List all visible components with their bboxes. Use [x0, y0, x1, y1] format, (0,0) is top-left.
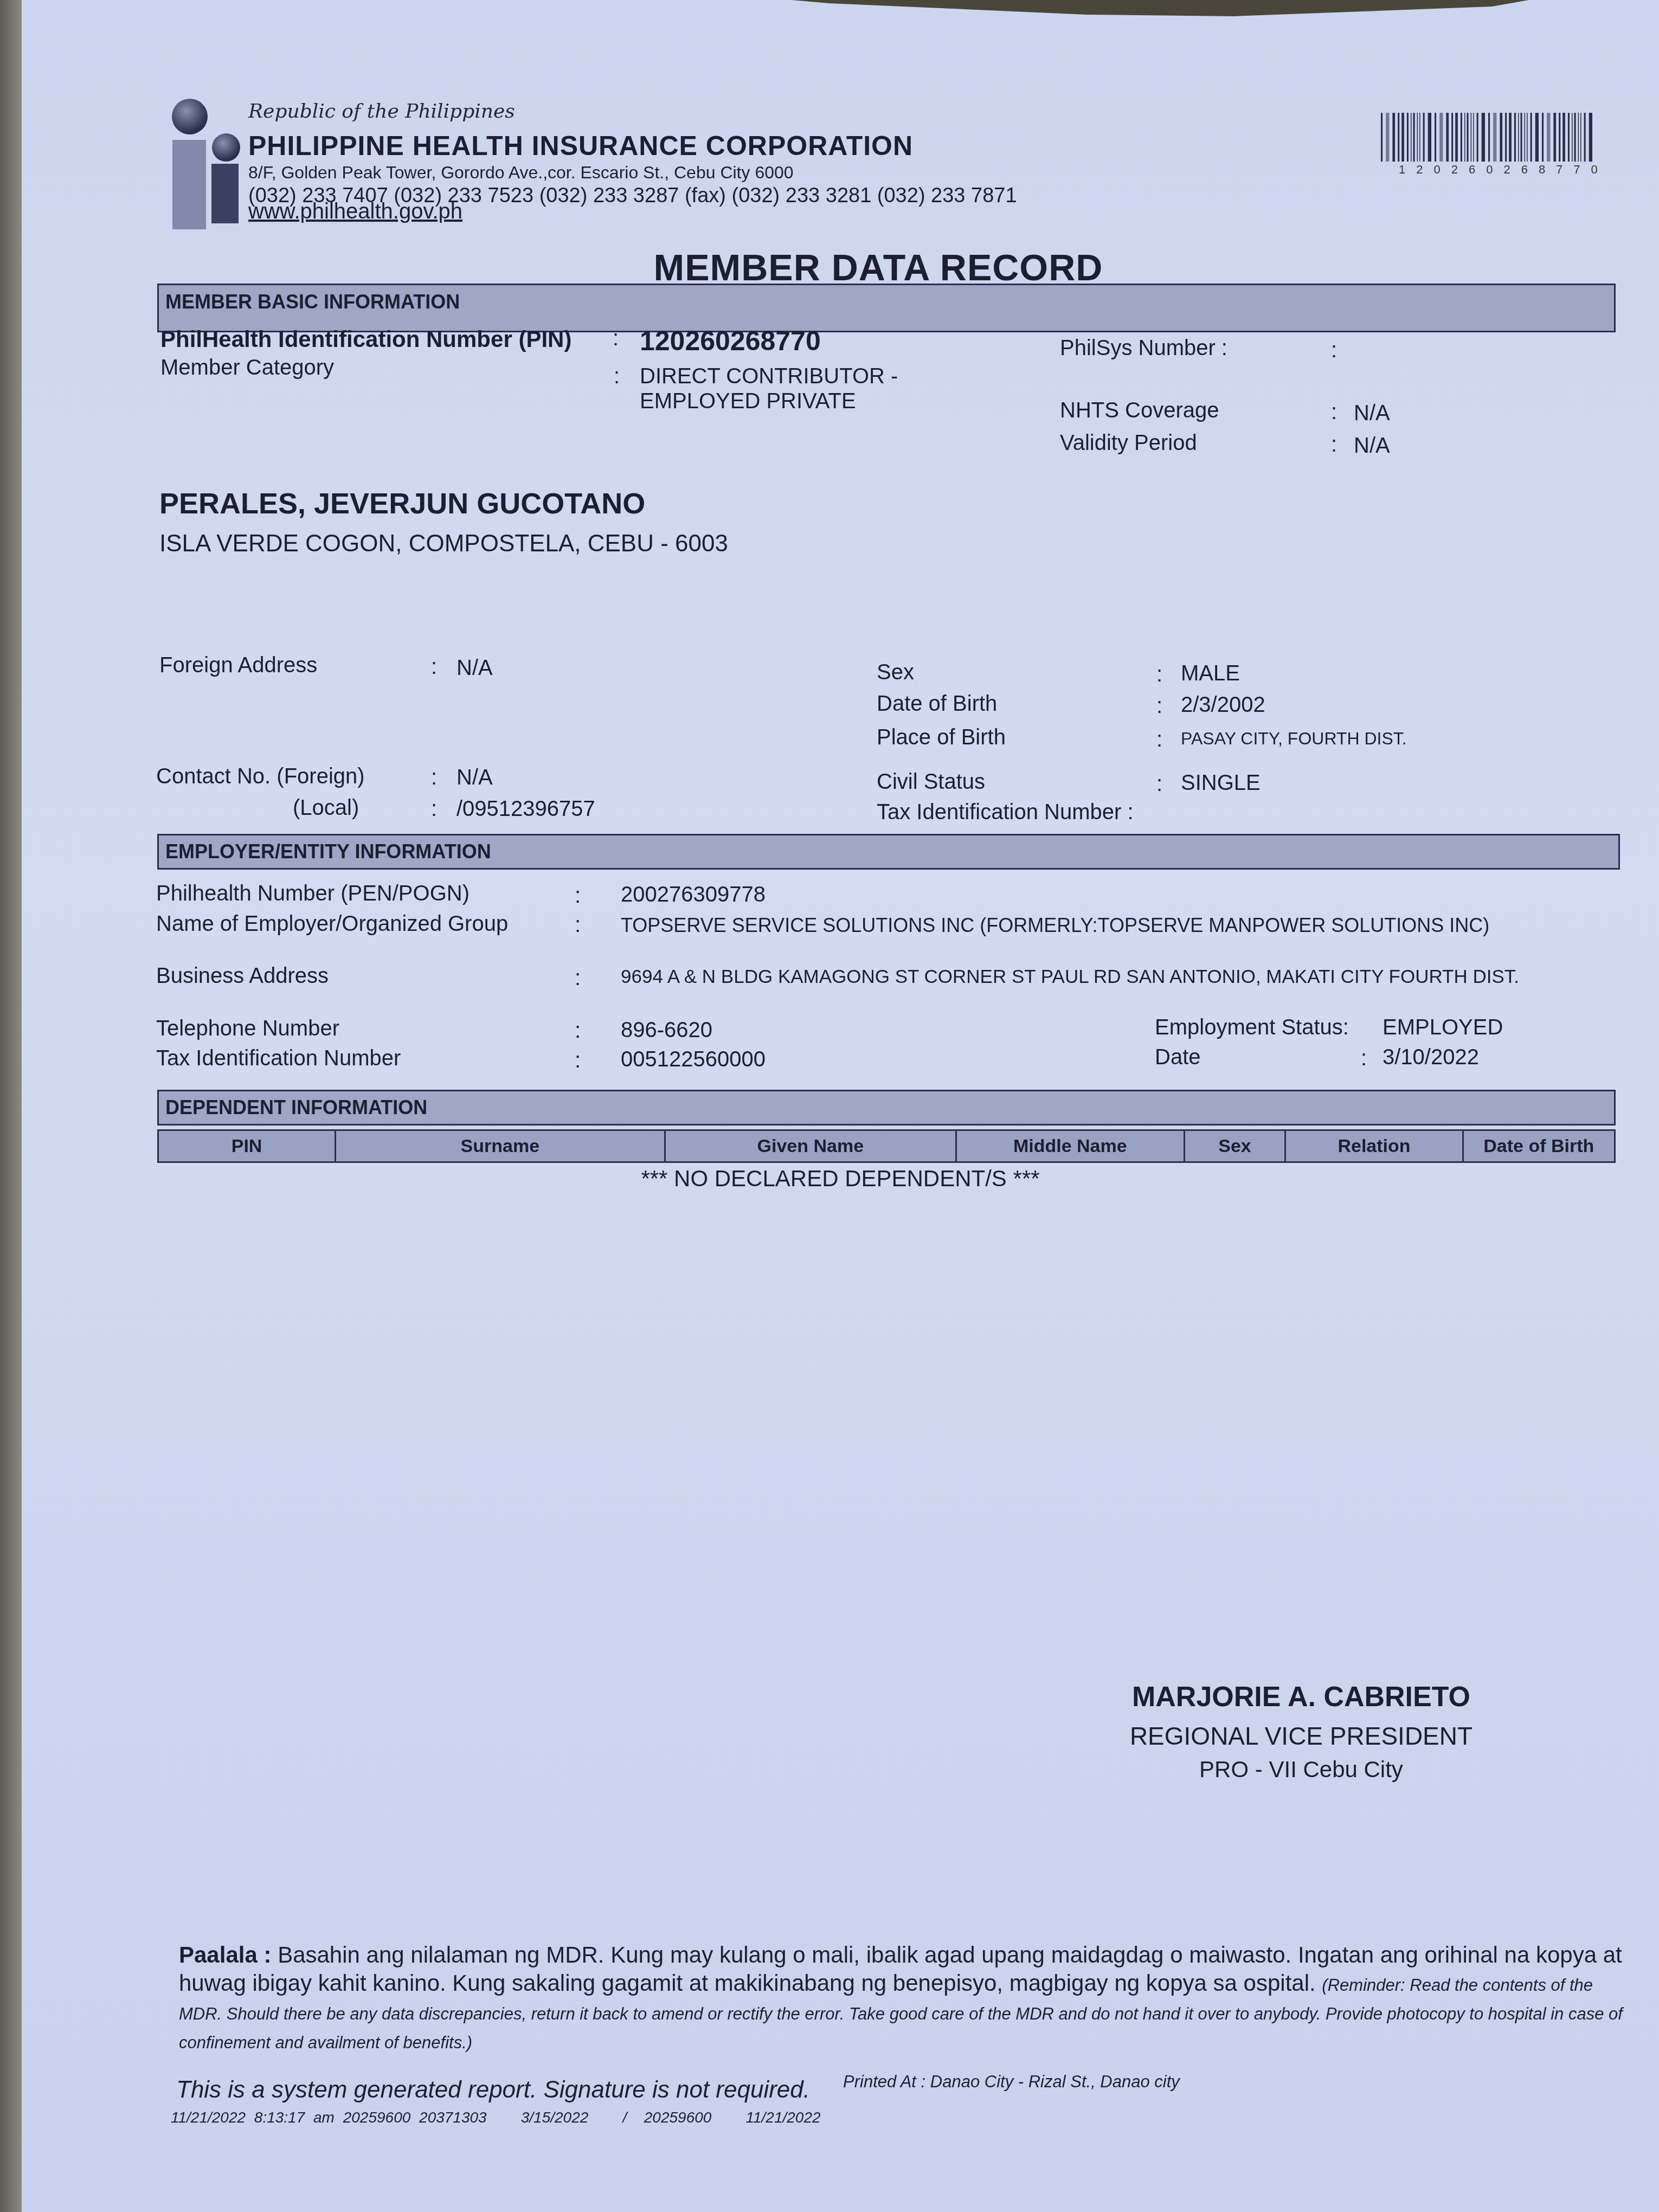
background-surface [0, 0, 22, 2212]
barcode-digits: 120260268770 [1399, 163, 1609, 177]
pin-label: PhilHealth Identification Number (PIN) [160, 326, 571, 352]
barcode-icon [1380, 113, 1605, 167]
dob-value: 2/3/2002 [1181, 693, 1265, 717]
section-dependents: DEPENDENT INFORMATION [157, 1090, 1616, 1126]
website-link[interactable]: www.philhealth.gov.ph [248, 200, 462, 224]
foreign-address-label: Foreign Address [159, 653, 317, 678]
pin-value: 120260268770 [640, 325, 821, 357]
signatory-name: MARJORIE A. CABRIETO [1030, 1681, 1572, 1713]
column-header: Middle Name [956, 1130, 1184, 1162]
separator: : [1361, 1046, 1367, 1071]
philsys-label: PhilSys Number : [1060, 336, 1227, 361]
page-title: MEMBER DATA RECORD [0, 247, 1659, 289]
separator: : [614, 364, 620, 389]
separator: : [1156, 694, 1162, 718]
employer-tin-value: 005122560000 [621, 1047, 766, 1072]
contact-foreign-value: N/A [456, 766, 493, 790]
pob-value: PASAY CITY, FOURTH DIST. [1181, 729, 1407, 749]
separator: : [431, 655, 437, 679]
separator: : [575, 1019, 581, 1043]
member-name: PERALES, JEVERJUN GUCOTANO [159, 487, 645, 520]
sex-label: Sex [877, 660, 914, 685]
republic-label: Republic of the Philippines [248, 100, 515, 123]
contact-foreign-label: Contact No. (Foreign) [156, 764, 365, 789]
telephone-label: Telephone Number [156, 1017, 339, 1041]
corporation-name: PHILIPPINE HEALTH INSURANCE CORPORATION [248, 130, 913, 162]
column-header: Relation [1285, 1130, 1463, 1162]
pen-value: 200276309778 [621, 883, 766, 907]
section-title: MEMBER BASIC INFORMATION [165, 291, 460, 313]
separator: : [1331, 400, 1337, 425]
notice-block: Paalala : Basahin ang nilalaman ng MDR. … [179, 1941, 1632, 2055]
separator: : [575, 966, 581, 991]
member-tin-label: Tax Identification Number : [877, 800, 1134, 825]
contact-local-value: /09512396757 [456, 797, 595, 821]
member-category-label: Member Category [160, 356, 334, 380]
employer-name-label: Name of Employer/Organized Group [156, 912, 508, 936]
section-member-basic: MEMBER BASIC INFORMATION [157, 284, 1616, 332]
employer-name-value: TOPSERVE SERVICE SOLUTIONS INC (FORMERLY… [621, 914, 1489, 937]
employment-status-label: Employment Status: [1155, 1015, 1349, 1040]
member-category-value-2: EMPLOYED PRIVATE [640, 389, 856, 414]
notice-label: Paalala : [179, 1942, 271, 1967]
contact-local-label: (Local) [293, 796, 359, 820]
printed-at: Printed At : Danao City - Rizal St., Dan… [843, 2072, 1180, 2092]
corporation-address: 8/F, Golden Peak Tower, Gorordo Ave.,cor… [248, 163, 794, 183]
separator: : [575, 884, 581, 908]
column-header: PIN [158, 1130, 336, 1162]
pob-label: Place of Birth [877, 725, 1006, 750]
philhealth-logo-icon [168, 98, 244, 233]
employer-tin-label: Tax Identification Number [156, 1046, 401, 1071]
column-header: Date of Birth [1463, 1130, 1615, 1162]
separator: : [575, 1049, 581, 1073]
employment-date-label: Date [1155, 1045, 1201, 1070]
signatory-office: PRO - VII Cebu City [1030, 1757, 1572, 1783]
separator: : [431, 766, 437, 790]
section-title: EMPLOYER/ENTITY INFORMATION [165, 840, 491, 863]
employment-date-value: 3/10/2022 [1382, 1045, 1479, 1070]
system-generated-note: This is a system generated report. Signa… [176, 2076, 810, 2104]
section-employer: EMPLOYER/ENTITY INFORMATION [157, 834, 1620, 870]
dob-label: Date of Birth [877, 692, 997, 716]
separator: : [431, 797, 437, 821]
pen-label: Philhealth Number (PEN/POGN) [156, 882, 470, 906]
separator: : [1156, 663, 1162, 687]
employment-status-value: EMPLOYED [1382, 1015, 1503, 1040]
separator: : [1156, 728, 1162, 752]
member-category-value-1: DIRECT CONTRIBUTOR - [640, 364, 898, 389]
foreign-address-value: N/A [456, 656, 493, 680]
signatory-title: REGIONAL VICE PRESIDENT [1030, 1721, 1572, 1751]
telephone-value: 896-6620 [621, 1018, 712, 1043]
column-header: Surname [336, 1130, 665, 1162]
validity-value: N/A [1354, 434, 1390, 458]
nhts-label: NHTS Coverage [1060, 398, 1219, 423]
separator: : [1156, 772, 1162, 796]
validity-label: Validity Period [1060, 431, 1197, 455]
audit-line: 11/21/2022 8:13:17 am 20259600 20371303 … [171, 2109, 821, 2126]
section-title: DEPENDENT INFORMATION [165, 1096, 427, 1119]
column-header: Sex [1184, 1130, 1285, 1162]
civil-status-label: Civil Status [877, 770, 985, 794]
dependents-table: PINSurnameGiven NameMiddle NameSexRelati… [157, 1129, 1616, 1163]
separator: : [575, 913, 581, 937]
sex-value: MALE [1181, 661, 1240, 686]
nhts-value: N/A [1354, 401, 1390, 426]
civil-status-value: SINGLE [1181, 771, 1261, 795]
separator: : [1331, 433, 1337, 457]
business-address-value: 9694 A & N BLDG KAMAGONG ST CORNER ST PA… [621, 966, 1519, 988]
separator: : [613, 326, 619, 351]
column-header: Given Name [665, 1130, 956, 1162]
separator: : [1331, 338, 1337, 363]
business-address-label: Business Address [156, 964, 329, 988]
member-address: ISLA VERDE COGON, COMPOSTELA, CEBU - 600… [159, 530, 728, 557]
no-dependents-message: *** NO DECLARED DEPENDENT/S *** [0, 1166, 1659, 1192]
